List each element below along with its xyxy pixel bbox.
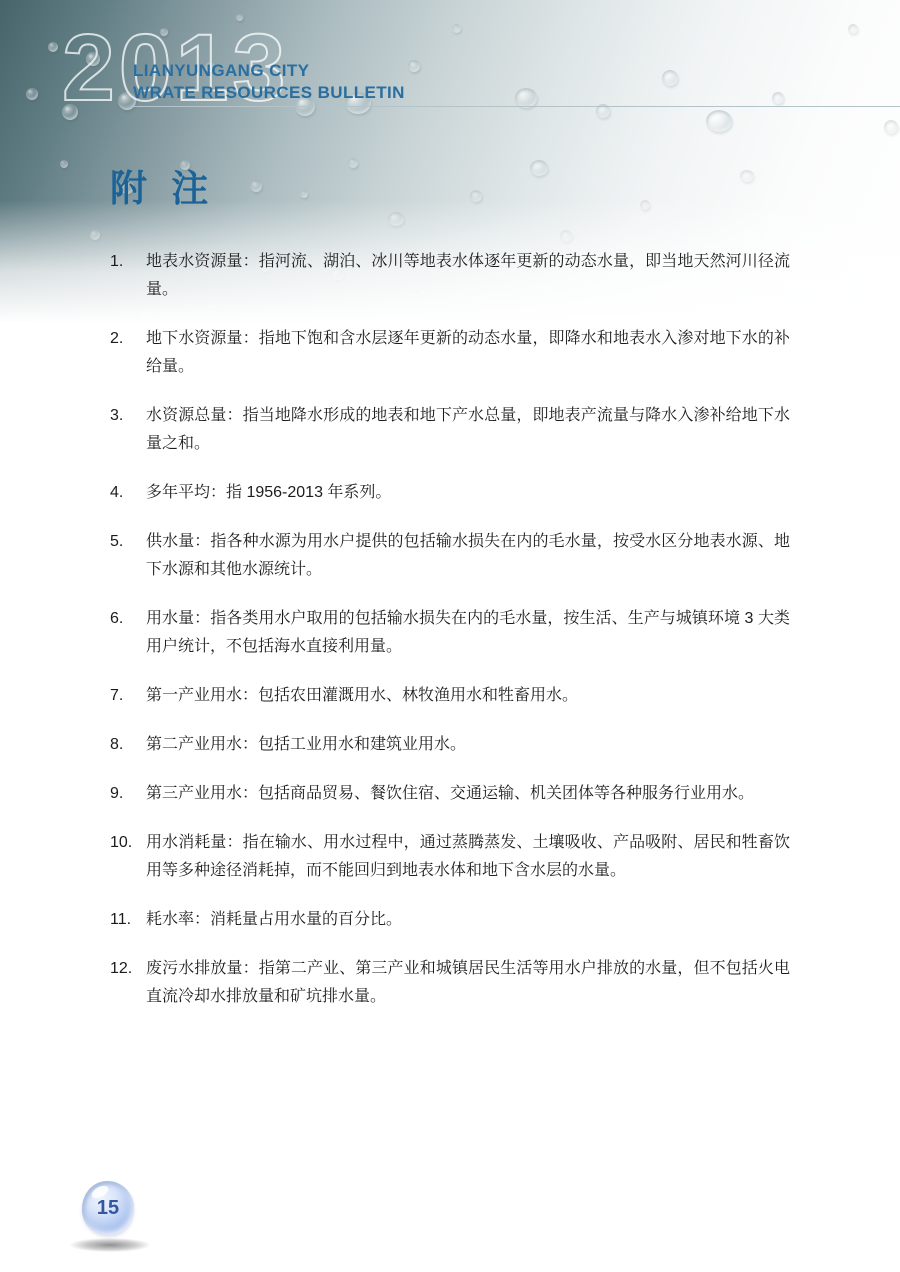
notes-section: 附 注 1. 地表水资源量：指河流、湖泊、冰川等地表水体逐年更新的动态水量，即当… — [110, 166, 790, 1032]
note-number: 10. — [110, 829, 146, 885]
note-number: 1. — [110, 248, 146, 304]
note-item: 9. 第三产业用水：包括商品贸易、餐饮住宿、交通运输、机关团体等各种服务行业用水… — [110, 780, 790, 808]
note-text: 第一产业用水：包括农田灌溉用水、林牧渔用水和牲畜用水。 — [146, 682, 790, 710]
note-text: 多年平均：指 1956-2013 年系列。 — [146, 479, 790, 507]
note-text: 第二产业用水：包括工业用水和建筑业用水。 — [146, 731, 790, 759]
notes-list: 1. 地表水资源量：指河流、湖泊、冰川等地表水体逐年更新的动态水量，即当地天然河… — [110, 248, 790, 1011]
note-text: 用水消耗量：指在输水、用水过程中，通过蒸腾蒸发、土壤吸收、产品吸附、居民和牲畜饮… — [146, 829, 790, 885]
note-number: 2. — [110, 325, 146, 381]
note-number: 12. — [110, 955, 146, 1011]
note-item: 5. 供水量：指各种水源为用水户提供的包括输水损失在内的毛水量，按受水区分地表水… — [110, 528, 790, 584]
note-number: 7. — [110, 682, 146, 710]
note-item: 8. 第二产业用水：包括工业用水和建筑业用水。 — [110, 731, 790, 759]
bulletin-page: 2013 LIANYUNGANG CITY WRATE RESOURCES BU… — [0, 0, 900, 1272]
note-item: 12. 废污水排放量：指第二产业、第三产业和城镇居民生活等用水户排放的水量，但不… — [110, 955, 790, 1011]
note-text: 水资源总量：指当地降水形成的地表和地下产水总量，即地表产流量与降水入渗补给地下水… — [146, 402, 790, 458]
note-number: 11. — [110, 906, 146, 934]
droplet-shadow — [70, 1238, 150, 1252]
note-item: 10. 用水消耗量：指在输水、用水过程中，通过蒸腾蒸发、土壤吸收、产品吸附、居民… — [110, 829, 790, 885]
bulletin-title: LIANYUNGANG CITY WRATE RESOURCES BULLETI… — [133, 60, 405, 104]
note-number: 8. — [110, 731, 146, 759]
header-rule — [133, 106, 900, 107]
page-number: 15 — [97, 1197, 119, 1220]
note-item: 4. 多年平均：指 1956-2013 年系列。 — [110, 479, 790, 507]
note-item: 2. 地下水资源量：指地下饱和含水层逐年更新的动态水量，即降水和地表水入渗对地下… — [110, 325, 790, 381]
note-number: 6. — [110, 605, 146, 661]
bulletin-title-line1: LIANYUNGANG CITY — [133, 60, 405, 82]
note-item: 7. 第一产业用水：包括农田灌溉用水、林牧渔用水和牲畜用水。 — [110, 682, 790, 710]
note-text: 供水量：指各种水源为用水户提供的包括输水损失在内的毛水量，按受水区分地表水源、地… — [146, 528, 790, 584]
note-item: 3. 水资源总量：指当地降水形成的地表和地下产水总量，即地表产流量与降水入渗补给… — [110, 402, 790, 458]
note-text: 废污水排放量：指第二产业、第三产业和城镇居民生活等用水户排放的水量，但不包括火电… — [146, 955, 790, 1011]
section-title: 附 注 — [110, 166, 790, 212]
note-number: 4. — [110, 479, 146, 507]
note-text: 第三产业用水：包括商品贸易、餐饮住宿、交通运输、机关团体等各种服务行业用水。 — [146, 780, 790, 808]
note-number: 5. — [110, 528, 146, 584]
bulletin-title-line2: WRATE RESOURCES BULLETIN — [133, 82, 405, 104]
page-number-droplet: 15 — [82, 1181, 134, 1235]
note-number: 9. — [110, 780, 146, 808]
note-text: 地表水资源量：指河流、湖泊、冰川等地表水体逐年更新的动态水量，即当地天然河川径流… — [146, 248, 790, 304]
note-text: 地下水资源量：指地下饱和含水层逐年更新的动态水量，即降水和地表水入渗对地下水的补… — [146, 325, 790, 381]
note-text: 用水量：指各类用水户取用的包括输水损失在内的毛水量，按生活、生产与城镇环境 3 … — [146, 605, 790, 661]
note-number: 3. — [110, 402, 146, 458]
note-item: 6. 用水量：指各类用水户取用的包括输水损失在内的毛水量，按生活、生产与城镇环境… — [110, 605, 790, 661]
note-item: 1. 地表水资源量：指河流、湖泊、冰川等地表水体逐年更新的动态水量，即当地天然河… — [110, 248, 790, 304]
note-item: 11. 耗水率：消耗量占用水量的百分比。 — [110, 906, 790, 934]
note-text: 耗水率：消耗量占用水量的百分比。 — [146, 906, 790, 934]
